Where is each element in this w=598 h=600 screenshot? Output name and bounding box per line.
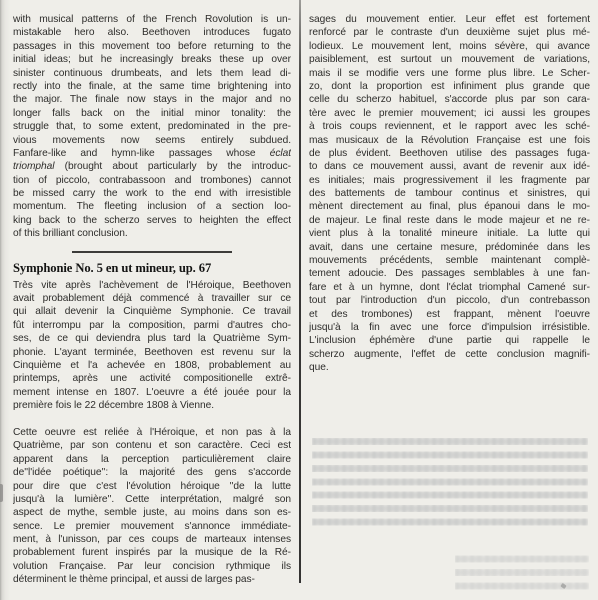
text-line: the major. The finale now stays in the m…	[13, 93, 291, 106]
text-line: celle du scherzo habituel, s'accorde plu…	[309, 93, 590, 106]
text-line: mement intense en 1807. L'oeuvre a été j…	[13, 386, 291, 399]
text-line: tement adoucie. Des passages semblables …	[309, 267, 590, 280]
scan-edge-shadow	[0, 0, 10, 600]
text-line: king back to the scherzo serves to heigh…	[13, 214, 291, 227]
text-line: rectly into the finale, at the same time…	[13, 80, 291, 93]
text-line: momentum. The fleeting inclusion of a se…	[13, 200, 291, 213]
text-line: scherzo augmente, l'effet de cette concl…	[309, 348, 590, 361]
right-column: sages du mouvement entier. Leur effet es…	[309, 13, 590, 375]
text-line: volution Française. Par leur concision r…	[13, 560, 291, 573]
text-line: jusqu'à la lumière''. Cette interprétati…	[13, 493, 291, 506]
text-line: Quatrième, par son contenu et son caract…	[13, 439, 291, 452]
text-line: probablement furent inspirés par la musi…	[13, 546, 291, 559]
paragraph-gap	[13, 413, 291, 426]
text-line: fare et à un hymne, dont l'éclat triomph…	[309, 281, 590, 294]
text-line: vient plus à la tonalité mineure initial…	[309, 227, 590, 240]
booklet-page: with musical patterns of the French Rovo…	[0, 0, 598, 600]
text-line: to dans ce mouvement aussi, avant de rev…	[309, 160, 590, 173]
section-separator-rule	[72, 251, 232, 253]
text-line: es initiales; mais progressivement il le…	[309, 174, 590, 187]
text-line: of this brilliant conclusion.	[13, 227, 291, 240]
paragraph-english-finale: with musical patterns of the French Rovo…	[13, 13, 291, 241]
text-line: première fois le 22 décembre 1808 à Vien…	[13, 399, 291, 412]
text-line: zo, dont la proportion est infiniment pl…	[309, 80, 590, 93]
text-line: fût interrompu par la composition, parmi…	[13, 319, 291, 332]
text-line: mènent directement au final, plus épanou…	[309, 200, 590, 213]
text-line: mistakable hero also. Beethoven introduc…	[13, 26, 291, 39]
text-line: struggle that, to some extent, predomina…	[13, 120, 291, 133]
text-line: sinister continuous drumbeats, and lets …	[13, 67, 291, 80]
text-line: with musical patterns of the French Rovo…	[13, 13, 291, 26]
text-line: vious movements now seems entirely subdu…	[13, 134, 291, 147]
text-line: des battements de tambour continus et si…	[309, 187, 590, 200]
text-line: que.	[309, 361, 590, 374]
section-heading: Symphonie No. 5 en ut mineur, up. 67	[13, 261, 291, 276]
text-line: jusqu'à la fin avec une force d'impulsio…	[309, 321, 590, 334]
text-line: printemps, après une activité compositio…	[13, 372, 291, 385]
left-column: with musical patterns of the French Rovo…	[13, 13, 291, 587]
text-line: de''l'idée poétique'': la majorité des g…	[13, 466, 291, 479]
text-line: ses, de ce qui deviendra plus tard la Qu…	[13, 332, 291, 345]
text-line: avait, dans une certaine mesure, prédomi…	[309, 241, 590, 254]
text-line: mais il se modifie vers une forme plus l…	[309, 67, 590, 80]
text-line: Fanfare-like and hymn-like passages whos…	[13, 147, 291, 160]
text-line: sages du mouvement entier. Leur effet es…	[309, 13, 590, 26]
text-line: tère avec le premier mouvement; ici auss…	[309, 107, 590, 120]
scan-edge-speck	[0, 484, 3, 502]
text-line: mas musicaux de la Révolution Française …	[309, 134, 590, 147]
text-line: et des trombones) est frappant, mènent l…	[309, 308, 590, 321]
paragraph-french-history: Très vite après l'achèvement de l'Héroiq…	[13, 279, 291, 413]
text-line: paisiblement, est surtout un mouvement d…	[309, 53, 590, 66]
text-line: lodieux. Le mouvement lent, moins sévère…	[309, 40, 590, 53]
text-line: mouvements précédents, semble maintenant…	[309, 254, 590, 267]
column-divider-rule	[299, 0, 301, 583]
text-line: qui allait devenir la Cinquième Symphoni…	[13, 305, 291, 318]
text-line: L'inclusion éphémère d'une partie qui ra…	[309, 334, 590, 347]
text-line: aspect de mythe, semble juste, au moins …	[13, 506, 291, 519]
text-line: Cette oeuvre est reliée à l'Héroique, et…	[13, 426, 291, 439]
text-line: triomphal (brought about particularly by…	[13, 160, 291, 173]
text-line: avait probablement déjà commencé à trava…	[13, 292, 291, 305]
text-line: Très vite après l'achèvement de l'Héroiq…	[13, 279, 291, 292]
text-line: de majeur. Le final reste dans le mode m…	[309, 214, 590, 227]
text-line: be missed carry the work to the end with…	[13, 187, 291, 200]
text-line: passages in this movement too before ret…	[13, 40, 291, 53]
text-line: déterminent le thème principal, et aussi…	[13, 573, 291, 586]
text-line: pour dire que c'est l'évolution héroique…	[13, 480, 291, 493]
text-line: initial ideas; but he increasingly break…	[13, 53, 291, 66]
text-line: à trois coups reviennent, et le rapport …	[309, 120, 590, 133]
paragraph-french-continuation: sages du mouvement entier. Leur effet es…	[309, 13, 590, 375]
text-line: phonie. L'ayant terminée, Beethoven est …	[13, 346, 291, 359]
text-line: tion of piccolo, contrabassoon and tromb…	[13, 174, 291, 187]
text-line: tout par l'introduction d'un piccolo, d'…	[309, 294, 590, 307]
ink-bleed-through-upper	[312, 432, 588, 528]
text-line: de plus évident. Beethoven utilise des p…	[309, 147, 590, 160]
text-line: Cinquième et l'a achevée en 1808, probab…	[13, 359, 291, 372]
text-line: ment, à l'unisson, par ces coups de mart…	[13, 533, 291, 546]
ink-bleed-through-lower	[455, 550, 589, 592]
paragraph-french-first-movement: Cette oeuvre est reliée à l'Héroique, et…	[13, 426, 291, 587]
text-line: longer falls back on the initial minor t…	[13, 107, 291, 120]
text-line: sence. Le premier mouvement s'annonce im…	[13, 520, 291, 533]
text-line: apparent dans la perception particulière…	[13, 453, 291, 466]
text-line: renforcé par le contraste d'un deuxième …	[309, 26, 590, 39]
